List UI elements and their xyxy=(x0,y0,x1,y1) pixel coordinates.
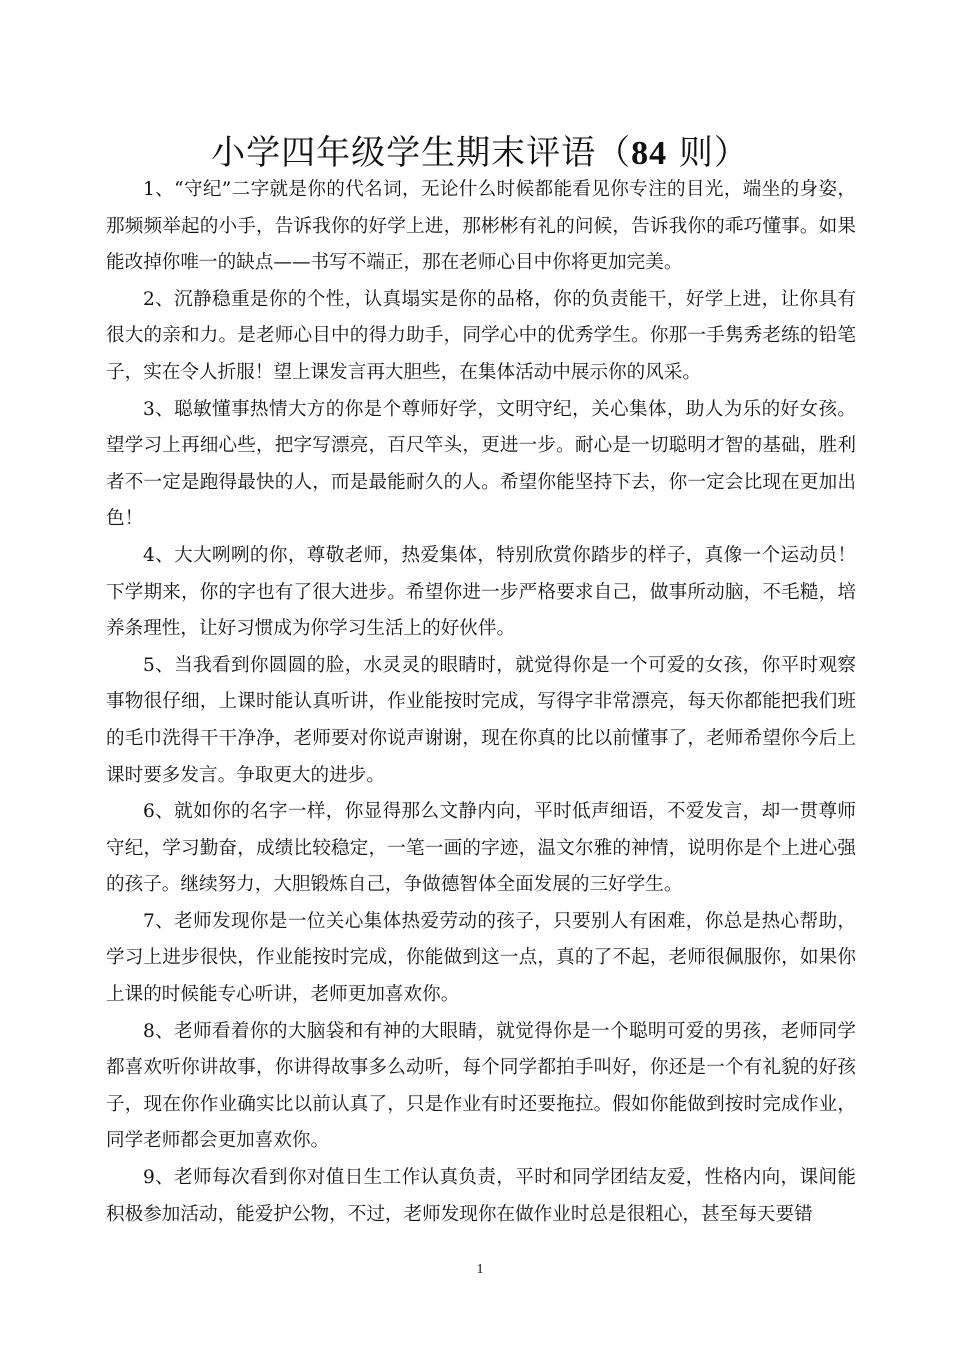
comment-paragraph-7: 7、老师发现你是一位关心集体热爱劳动的孩子，只要别人有困难，你总是热心帮助，学习… xyxy=(106,904,856,1014)
title-main: 小学四年级学生期末评语 xyxy=(211,133,596,173)
document-title: 小学四年级学生期末评语（84 则） xyxy=(0,129,960,178)
title-count: 84 xyxy=(631,135,667,172)
comment-paragraph-2: 2、沉静稳重是你的个性，认真塌实是你的品格，你的负责能干，好学上进，让你具有很大… xyxy=(106,282,856,392)
comment-paragraph-6: 6、就如你的名字一样，你显得那么文静内向，平时低声细语，不爱发言，却一贯尊师守纪… xyxy=(106,794,856,904)
document-body: 1、“守纪”二字就是你的代名词，无论什么时候都能看见你专注的目光，端坐的身姿，那… xyxy=(106,172,856,1233)
title-paren-open: （ xyxy=(596,133,631,173)
title-suffix: 则） xyxy=(667,133,749,173)
page-number: 1 xyxy=(0,1262,960,1278)
comment-paragraph-4: 4、大大咧咧的你，尊敬老师，热爱集体，特别欣赏你踏步的样子，真像一个运动员！下学… xyxy=(106,538,856,648)
comment-paragraph-1: 1、“守纪”二字就是你的代名词，无论什么时候都能看见你专注的目光，端坐的身姿，那… xyxy=(106,172,856,282)
comment-paragraph-3: 3、聪敏懂事热情大方的你是个尊师好学，文明守纪，关心集体，助人为乐的好女孩。望学… xyxy=(106,392,856,538)
comment-paragraph-8: 8、老师看着你的大脑袋和有神的大眼睛，就觉得你是一个聪明可爱的男孩，老师同学都喜… xyxy=(106,1014,856,1160)
comment-paragraph-9: 9、老师每次看到你对值日生工作认真负责，平时和同学团结友爱，性格内向，课间能积极… xyxy=(106,1160,856,1233)
document-page: 小学四年级学生期末评语（84 则） 1、“守纪”二字就是你的代名词，无论什么时候… xyxy=(0,0,960,1358)
comment-paragraph-5: 5、当我看到你圆圆的脸，水灵灵的眼睛时，就觉得你是一个可爱的女孩，你平时观察事物… xyxy=(106,648,856,794)
